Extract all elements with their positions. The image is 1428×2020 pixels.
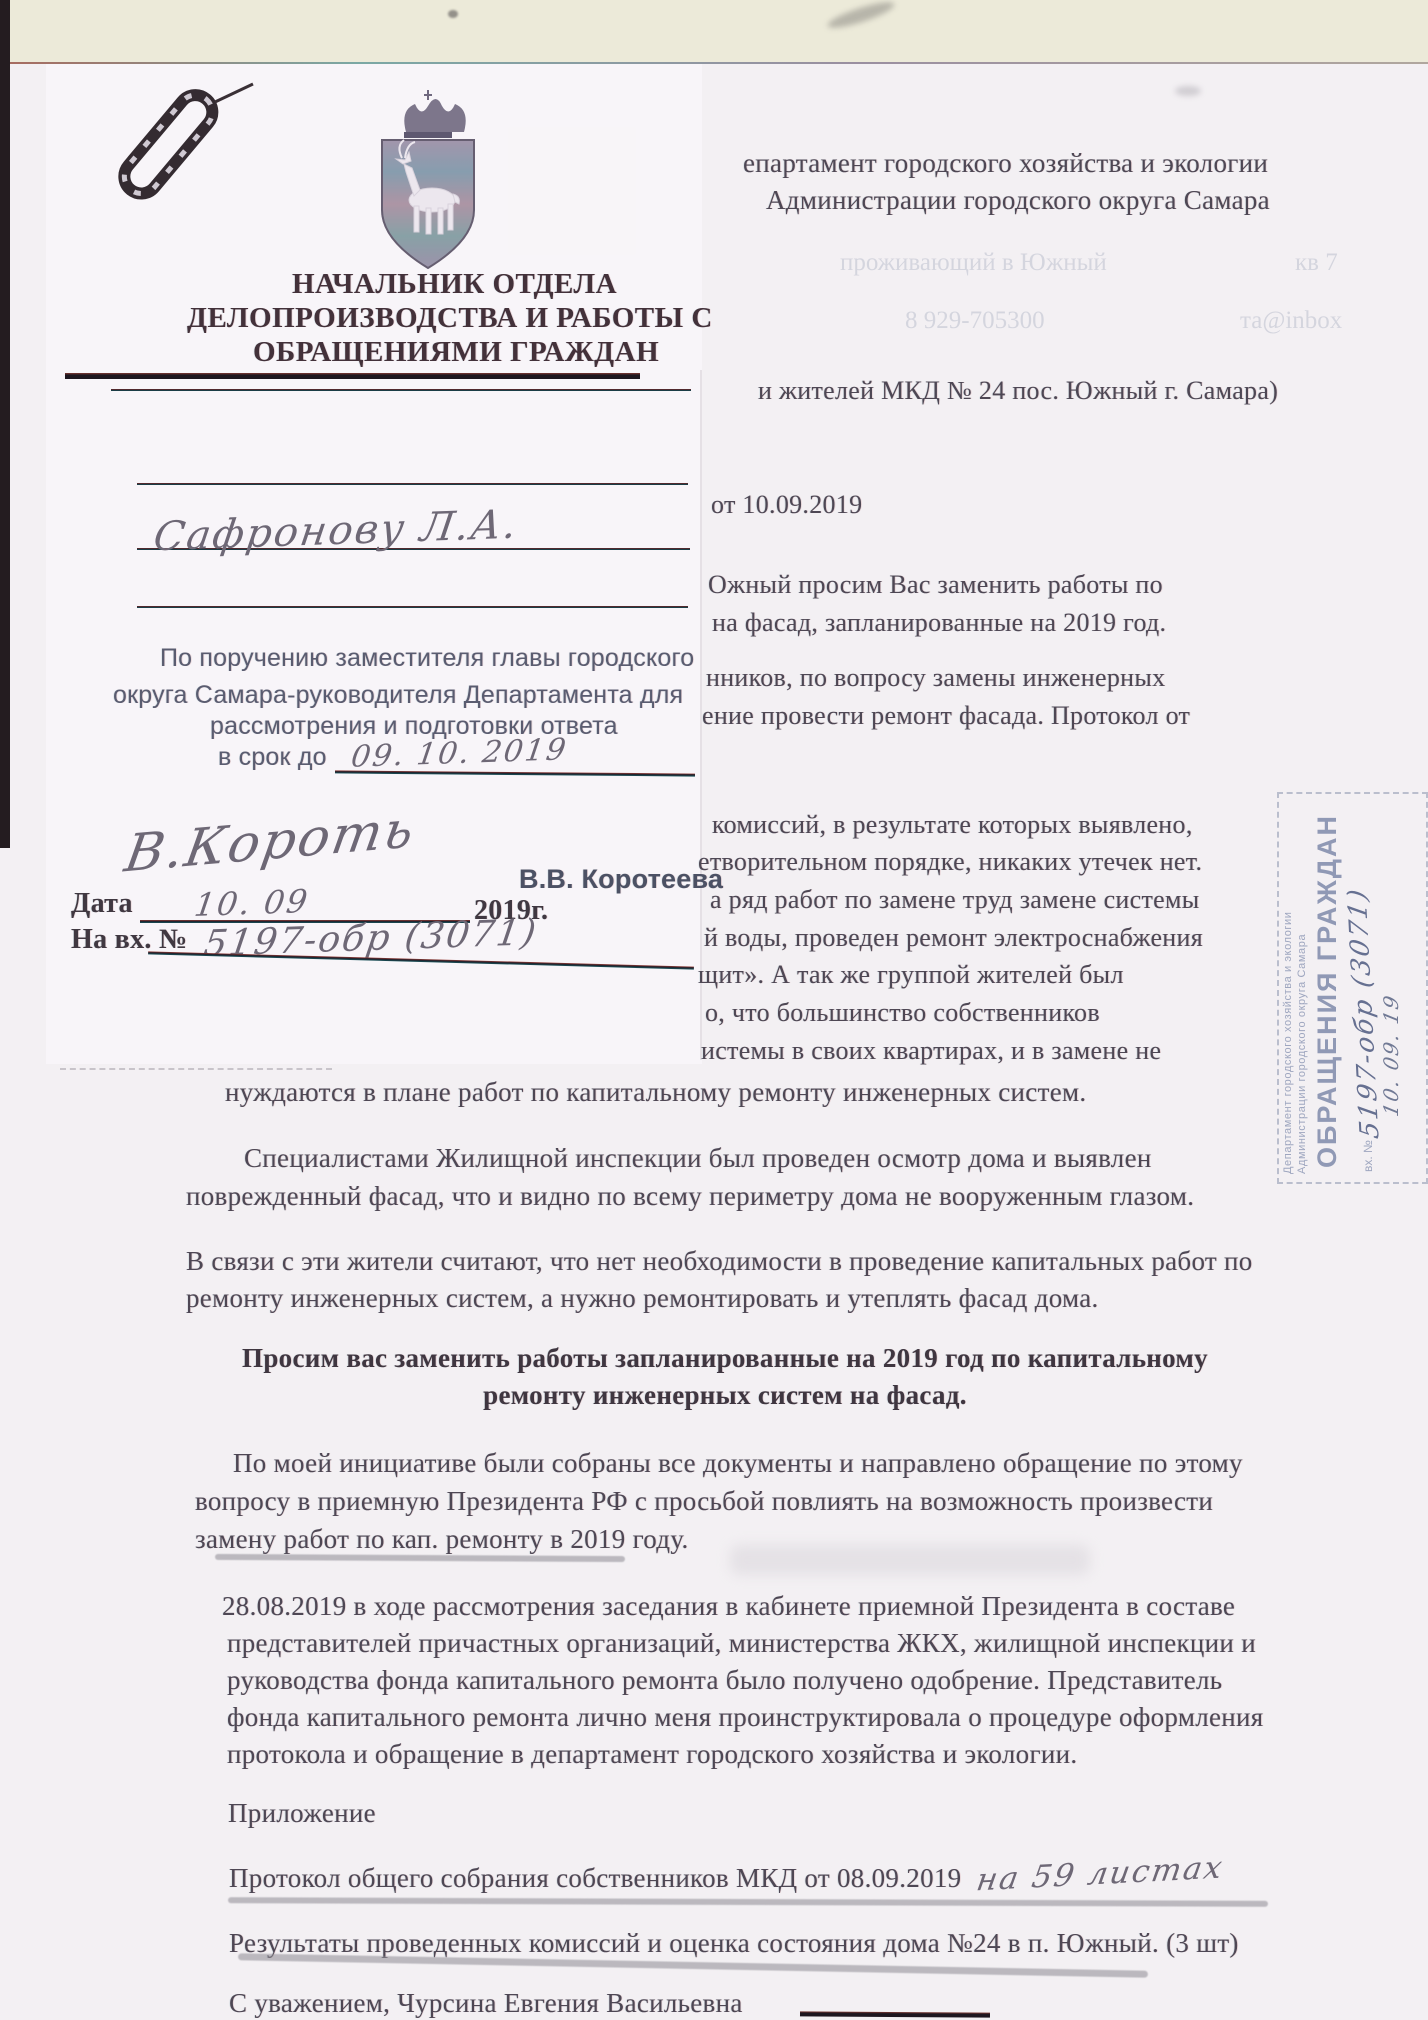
directive-line-1: По поручению заместителя главы городског… (160, 644, 694, 673)
closing-line: С уважением, Чурсина Евгения Васильевна (229, 1988, 743, 2019)
letter-line: комиссий, в результате которых выявлено, (712, 810, 1193, 840)
date-label: Дата (71, 888, 133, 920)
signer-name: В.В. Коротеева (519, 864, 723, 895)
directive-line-4: в срок до (218, 743, 327, 772)
samara-coat-of-arms-icon (374, 88, 482, 272)
pencil-underline (228, 1897, 1268, 1907)
recipient-line-1: епартамент городского хозяйства и эколог… (743, 148, 1268, 179)
erasure-mark (730, 1545, 1090, 1575)
scan-left-edge-shadow (0, 0, 10, 848)
letter-line: й воды, проведен ремонт электроснабжения (704, 923, 1203, 953)
scanner-background-strip (0, 0, 1428, 62)
faded-text-fragment: кв 7 (1295, 249, 1338, 277)
letter-line: Ожный просим Вас заменить работы по (708, 570, 1163, 600)
scanned-document: НАЧАЛЬНИК ОТДЕЛА ДЕЛОПРОИЗВОДСТВА И РАБО… (0, 0, 1428, 2020)
registration-stamp-content: Департамент городского хозяйства и эколо… (1280, 796, 1426, 1180)
recipient-line-2: Администрации городского округа Самара (766, 185, 1270, 216)
stamp-dept-line-2: Администрации городского округа Самара (1296, 796, 1308, 1174)
letterhead-line-3: ОБРАЩЕНИЯМИ ГРАЖДАН (253, 336, 659, 369)
paragraph-line: поврежденный фасад, что и видно по всему… (186, 1181, 1194, 1212)
stamp-dept-line-1: Департамент городского хозяйства и эколо… (1282, 796, 1294, 1174)
routing-slip-bottom-edge (60, 1068, 332, 1070)
scan-speck (448, 10, 458, 18)
request-bold-line: ремонту инженерных систем на фасад. (150, 1380, 1300, 1411)
letter-line: щит». А так же группой жителей был (698, 960, 1124, 990)
handwritten-page-count: на 59 листах (974, 1850, 1227, 1899)
closing-underline-fragment (800, 2011, 990, 2017)
paragraph-line: В связи с эти жители считают, что нет не… (186, 1246, 1253, 1277)
faded-text-fragment: проживающий в Южный (840, 249, 1107, 277)
stamp-reg-label: вх. № (1361, 1140, 1375, 1172)
letter-line: нников, по вопросу замены инженерных (706, 663, 1165, 693)
stamp-handwritten-date: 10. 09. 19 (1379, 992, 1403, 1119)
letter-line: на фасад, запланированные на 2019 год. (712, 608, 1166, 638)
sender-line: и жителей МКД № 24 пос. Южный г. Самара) (758, 376, 1278, 406)
pencil-underline (215, 1554, 625, 1562)
paragraph-line: протокола и обращение в департамент горо… (227, 1739, 1077, 1770)
request-bold-line: Просим вас заменить работы запланированн… (150, 1343, 1300, 1374)
paragraph-line: руководства фонда капитального ремонта б… (227, 1665, 1222, 1696)
letterhead-rule-thin (111, 389, 691, 391)
slip-ruled-line (137, 606, 688, 608)
paragraph-line: По моей инициативе были собраны все доку… (233, 1448, 1243, 1479)
slip-ruled-line (137, 483, 688, 485)
paragraph-line: 28.08.2019 в ходе рассмотрения заседания… (222, 1591, 1235, 1622)
registration-stamp: Департамент городского хозяйства и эколо… (1277, 792, 1428, 1184)
scan-smudge (1175, 86, 1201, 96)
handwritten-date: 10. 09 (192, 882, 312, 924)
letter-line: нуждаются в плане работ по капитальному … (225, 1077, 1086, 1108)
paragraph-line: ремонту инженерных систем, а нужно ремон… (186, 1283, 1099, 1314)
letter-date-ref: от 10.09.2019 (711, 490, 862, 520)
paragraph-line: замену работ по кап. ремонту в 2019 году… (195, 1524, 689, 1555)
paragraph-line: Специалистами Жилищной инспекции был про… (244, 1143, 1152, 1174)
paragraph-line: вопросу в приемную Президента РФ с прось… (195, 1486, 1213, 1517)
letter-line: етворительном порядке, никаких утечек не… (698, 847, 1202, 877)
paragraph-line: фонда капитального ремонта лично меня пр… (227, 1702, 1264, 1733)
stamp-title: ОБРАЩЕНИЯ ГРАЖДАН (1312, 796, 1343, 1168)
letterhead-rule-thick (65, 373, 640, 379)
attachment-label: Приложение (228, 1798, 376, 1829)
attachment-item: Протокол общего собрания собственников М… (229, 1863, 961, 1894)
attachment-item: Результаты проведенных комиссий и оценка… (229, 1928, 1239, 1959)
stamp-reg-row: вх. № 5197-обр (3071) 10. 09. 19 (1349, 796, 1403, 1172)
letter-line: истемы в своих квартирах, и в замене не (701, 1036, 1161, 1066)
letterhead-line-1: НАЧАЛЬНИК ОТДЕЛА (292, 268, 617, 301)
letterhead-line-2: ДЕЛОПРОИЗВОДСТВА И РАБОТЫ С (187, 302, 713, 335)
letter-line: ение провести ремонт фасада. Протокол от (702, 701, 1190, 731)
faded-text-fragment: та@inbox (1240, 307, 1342, 335)
letter-line: о, что большинство собственников (705, 998, 1100, 1028)
paragraph-line: представителей причастных организаций, м… (227, 1628, 1256, 1659)
letter-line: а ряд работ по замене труд замене систем… (710, 885, 1200, 915)
directive-line-2: округа Самара-руководителя Департамента … (113, 681, 683, 710)
faded-text-fragment: 8 929-705300 (905, 307, 1045, 335)
paperclip-icon (95, 72, 265, 222)
